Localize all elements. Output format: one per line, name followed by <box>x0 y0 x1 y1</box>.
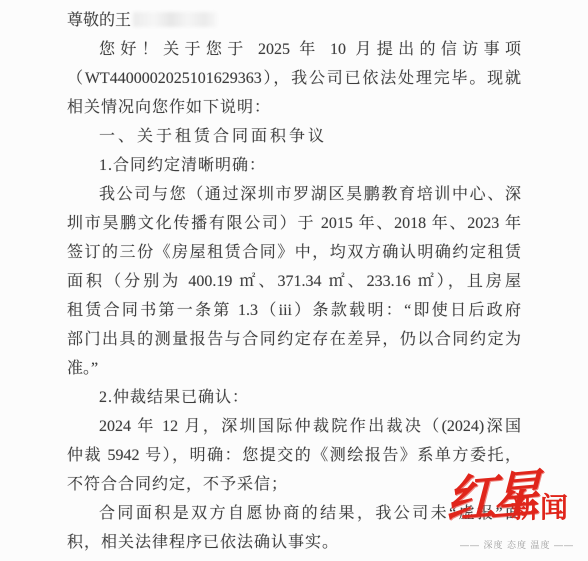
doc-line: 准。” <box>67 354 521 383</box>
news-logo-text: 新闻 <box>511 493 569 523</box>
document-page: 尊敬的王 您好！关于您于 2025 年 10 月提出的信访事项 （WT44000… <box>0 0 588 561</box>
section-heading: 一、关于租赁合同面积争议 <box>67 122 521 151</box>
doc-line: 签订的三份《房屋租赁合同》中，均双方确认明确约定租赁 <box>67 238 521 267</box>
doc-line: 仲裁 5942 号），明确：您提交的《测绘报告》系单方委托， <box>67 441 521 470</box>
doc-line: 部门出具的测量报告与合同约定存在差异，仍以合同约定为 <box>67 325 521 354</box>
doc-line: （WT4400002025101629363），我公司已依法处理完毕。现就 <box>67 64 521 93</box>
doc-line: 圳市昊鹏文化传播有限公司）于 2015 年、2018 年、2023 年 <box>67 209 521 238</box>
salutation-text: 尊敬的王 <box>67 12 131 29</box>
doc-line: 相关情况向您作如下说明： <box>67 93 521 122</box>
doc-line: 您好！关于您于 2025 年 10 月提出的信访事项 <box>67 35 521 64</box>
doc-line: 2024 年 12 月，深圳国际仲裁院作出裁决（(2024)深国 <box>67 412 521 441</box>
doc-line: 我公司与您（通过深圳市罗湖区昊鹏教育培训中心、深 <box>67 180 521 209</box>
watermark-tagline: —— 深度 态度 温度 —— <box>444 540 588 551</box>
redacted-name <box>133 12 217 27</box>
doc-line: 面积（分别为 400.19 ㎡、371.34 ㎡、233.16 ㎡），且房屋 <box>67 267 521 296</box>
sub-heading: 2.仲裁结果已确认： <box>67 383 521 412</box>
salutation-line: 尊敬的王 <box>67 6 521 35</box>
red-star-news-watermark: 红星 新闻 —— 深度 态度 温度 —— <box>444 476 588 558</box>
doc-line: 租赁合同书第一条第 1.3（iii）条款载明：“即使日后政府 <box>67 296 521 325</box>
sub-heading: 1.合同约定清晰明确： <box>67 151 521 180</box>
